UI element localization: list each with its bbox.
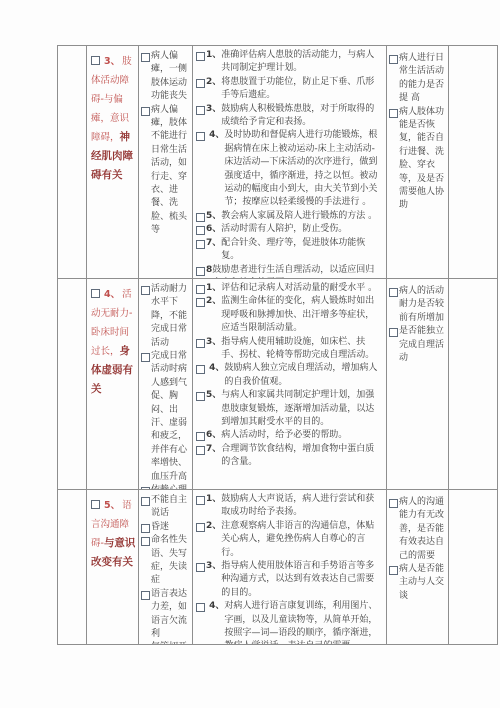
- item-number: 5、: [206, 389, 221, 402]
- item-text: 病人是否能主动与人交谈: [399, 563, 444, 603]
- item-text: 注意观察病人非语言的沟通信息，体贴关心病人，避免挫伤病人自尊心的言行。: [221, 520, 383, 560]
- checkbox-icon[interactable]: [196, 106, 205, 115]
- item-text: 病人进行日常生活活动的能力是否提 高: [399, 52, 444, 106]
- checklist-item: 命名性失语、失写症，失读症: [141, 534, 191, 588]
- item-number: 3、: [206, 336, 221, 349]
- item-text: 语言表达力差，如语言欠流利: [151, 588, 191, 642]
- item-text: 病人活动时，给予必要的帮助。: [221, 429, 383, 442]
- item-number: 1、: [206, 493, 221, 506]
- item-text: 及时协助和督促病人进行功能锻炼，根据病情在床上被动运动-床上主动活动-床边活动—…: [224, 129, 383, 209]
- checkbox-icon[interactable]: [389, 109, 398, 118]
- item-text: 昏迷: [151, 521, 191, 534]
- blank-cell: [448, 279, 497, 489]
- checkbox-icon[interactable]: [141, 524, 150, 533]
- item-text: 不能自主说话: [151, 494, 191, 521]
- item-text: 配合针灸、理疗等，促进肢体功能恢复。: [221, 237, 383, 264]
- care-plan-table: 3、肢体活动障碍-与偏瘫，意识障碍，神经肌肉障碍有关 病人偏瘫，一侧肢体运动功能…: [57, 45, 498, 645]
- diagnosis-cell: 5、语言沟通障碍-与意识改变有关: [86, 490, 138, 644]
- diagnosis-number: 4、: [104, 289, 120, 300]
- item-text: 教会病人家属及陪人进行锻炼的方法 。: [221, 210, 383, 223]
- checklist-item: 2、将患肢置于功能位，防止足下垂、爪形手等后遗症。: [196, 76, 383, 103]
- checklist-item: 5、与病人和家属共同制定护理计划，加强患肢康复锻炼，逐渐增加活动量，以达到增加其…: [196, 389, 383, 429]
- item-text: 依赖心理加重，对下床活动有畏惧情绪: [151, 484, 191, 489]
- item-text: 完成日常活动时病人感到气促、胸闷、出汗、虚弱和疲乏，并伴有心率增快、血压升高: [151, 350, 191, 484]
- item-text: 将患肢置于功能位，防止足下垂、爪形手等后遗症。: [221, 76, 383, 103]
- checkbox-icon[interactable]: [196, 523, 205, 532]
- checklist-item: 不能自主说话: [141, 494, 191, 521]
- item-text: 病人偏瘫，肢体不能进行日常生活活动，如行走、穿衣、进餐、洗脸、梳头等: [151, 104, 191, 238]
- checkbox-icon[interactable]: [141, 497, 150, 506]
- interventions-cell: 1、准确评估病人患肢的活动能力，与病人共同制定护理计划。2、将患肢置于功能位，防…: [192, 46, 386, 278]
- item-text: 监测生命体征的变化，病人锻炼时如出现呼吸和脉搏加快、出汗增多等症状，应适当限制活…: [221, 295, 383, 335]
- checklist-item: 1、准确评估病人患肢的活动能力，与病人共同制定护理计划。: [196, 49, 383, 76]
- item-text: 鼓励病人积极锻炼患肢，对于所取得的成绩给予肯定和表扬。: [221, 103, 383, 130]
- diagnosis-number: 3、: [104, 56, 120, 67]
- checklist-item: 气管切开或插管及方言等妨碍语言: [141, 641, 191, 644]
- checklist-item: 病人进行日常生活活动的能力是否提 高: [389, 52, 444, 106]
- diagnosis-text: 4、活动无耐力-卧床时间过长，身体虚弱有关: [91, 285, 136, 399]
- checklist-item: 3、鼓励病人积极锻炼患肢，对于所取得的成绩给予肯定和表扬。: [196, 103, 383, 130]
- table-row: 5、语言沟通障碍-与意识改变有关 不能自主说话昏迷命名性失语、失写症，失读症语言…: [58, 489, 497, 644]
- checkbox-icon[interactable]: [196, 365, 205, 374]
- item-text: 活动时需有人陪护，防止受伤。: [221, 223, 383, 236]
- evaluation-cell: 病人的活动耐力是否较前有所增加是否能独立完成自理活 动: [386, 279, 448, 489]
- item-text: 对病人进行语言康复训练，利用图片、字画，以及儿童读物等，从简单开始，按照字—词—…: [224, 600, 383, 644]
- checkbox-icon[interactable]: [196, 52, 205, 61]
- checklist-item: 6、病人活动时，给予必要的帮助。: [196, 429, 383, 442]
- item-text: 评估和记录病人对活动量的耐受水平 。: [221, 282, 383, 295]
- interventions-cell: 1、评估和记录病人对活动量的耐受水平 。2、监测生命体征的变化，病人锻炼时如出现…: [192, 279, 386, 489]
- checkbox-icon[interactable]: [141, 286, 150, 295]
- table-row: 3、肢体活动障碍-与偏瘫，意识障碍，神经肌肉障碍有关 病人偏瘫，一侧肢体运动功能…: [58, 46, 497, 278]
- checkbox-icon[interactable]: [196, 432, 205, 441]
- document-page: 3、肢体活动障碍-与偏瘫，意识障碍，神经肌肉障碍有关 病人偏瘫，一侧肢体运动功能…: [0, 0, 500, 708]
- checklist-item: 语言表达力差，如语言欠流利: [141, 588, 191, 642]
- item-number: 2、: [206, 520, 221, 533]
- item-text: 命名性失语、失写症，失读症: [151, 534, 191, 588]
- checklist-item: 1、评估和记录病人对活动量的耐受水平 。: [196, 282, 383, 295]
- checklist-item: 4、对病人进行语言康复训练，利用图片、字画，以及儿童读物等，从简单开始，按照字—…: [196, 600, 383, 644]
- item-number: 7、: [206, 443, 221, 456]
- item-text: 合理调节饮食结构，增加食物中蛋白质的含量。: [221, 443, 383, 470]
- item-number: 4、: [206, 129, 224, 142]
- checkbox-icon[interactable]: [141, 53, 150, 62]
- checkbox-icon[interactable]: [91, 56, 100, 65]
- checklist-item: 病人的活动耐力是否较前有所增加: [389, 285, 444, 325]
- evaluation-cell: 病人的沟通能力有无改善，是否能有效表达自己的需要病人是否能主动与人交谈: [386, 490, 448, 644]
- checklist-item: 3、指导病人使用辅助设施，如床栏、扶手、拐杖、轮椅等帮助完成自理活动。: [196, 336, 383, 363]
- checklist-item: 2、注意观察病人非语言的沟通信息，体贴关心病人，避免挫伤病人自尊心的言行。: [196, 520, 383, 560]
- item-text: 活动耐力水平下降，不能完成日常活动: [151, 283, 191, 350]
- item-text: 是否能独立完成自理活 动: [399, 325, 444, 365]
- item-text: 与病人和家属共同制定护理计划，加强患肢康复锻炼，逐渐增加活动量，以达到增加其耐受…: [221, 389, 383, 429]
- checklist-item: 4、鼓励病人独立完成自理活动，增加病人的自我价值观。: [196, 362, 383, 389]
- blank-cell: [448, 46, 497, 278]
- item-number: 2、: [206, 295, 221, 308]
- item-number: 1、: [206, 282, 221, 295]
- item-number: 3、: [206, 103, 221, 116]
- diagnosis-cell: 3、肢体活动障碍-与偏瘫，意识障碍，神经肌肉障碍有关: [86, 46, 138, 278]
- checkbox-icon[interactable]: [196, 285, 205, 294]
- checkbox-icon[interactable]: [196, 563, 205, 572]
- symptoms-cell: 病人偏瘫，一侧肢体运动功能丧失病人偏瘫，肢体不能进行日常生活活动，如行走、穿衣、…: [138, 46, 192, 278]
- checkbox-icon[interactable]: [196, 240, 205, 249]
- item-text: 鼓励病人独立完成自理活动，增加病人的自我价值观。: [224, 362, 383, 389]
- item-number: 6、: [206, 223, 221, 236]
- checklist-item: 依赖心理加重，对下床活动有畏惧情绪: [141, 484, 191, 489]
- checkbox-icon[interactable]: [141, 487, 150, 489]
- checkbox-icon[interactable]: [141, 107, 150, 116]
- checkbox-icon[interactable]: [91, 289, 100, 298]
- checklist-item: 昏迷: [141, 521, 191, 534]
- item-number: 6、: [206, 429, 221, 442]
- checkbox-icon[interactable]: [196, 213, 205, 222]
- checkbox-icon[interactable]: [196, 132, 205, 141]
- item-text: 病人的沟通能力有无改善，是否能有效表达自己的需要: [399, 496, 444, 563]
- checkbox-icon[interactable]: [141, 353, 150, 362]
- blank-cell: [58, 279, 86, 489]
- checkbox-icon[interactable]: [196, 226, 205, 235]
- item-text: 病人肢体功能是否恢复，能否自行进餐、洗脸、穿衣等，及是否需要他人协助: [399, 106, 444, 213]
- item-text: 指导病人使用肢体语言和手势语言等多种沟通方式，以达到有效表达自己需要的目的。: [221, 560, 383, 600]
- checklist-item: 活动耐力水平下降，不能完成日常活动: [141, 283, 191, 350]
- checklist-item: 病人是否能主动与人交谈: [389, 563, 444, 603]
- diagnosis-number: 5、: [104, 500, 120, 511]
- checkbox-icon[interactable]: [196, 267, 205, 276]
- checkbox-icon[interactable]: [389, 55, 398, 64]
- item-number: 1、: [206, 49, 221, 62]
- blank-cell: [58, 46, 86, 278]
- item-text: 病人的活动耐力是否较前有所增加: [399, 285, 444, 325]
- checkbox-icon[interactable]: [141, 537, 150, 546]
- checkbox-icon[interactable]: [91, 500, 100, 509]
- checklist-item: 3、指导病人使用肢体语言和手势语言等多种沟通方式，以达到有效表达自己需要的目的。: [196, 560, 383, 600]
- diagnosis-text: 5、语言沟通障碍-与意识改变有关: [91, 496, 136, 572]
- checkbox-icon[interactable]: [389, 499, 398, 508]
- checklist-item: 是否能独立完成自理活 动: [389, 325, 444, 365]
- item-text: 病人偏瘫，一侧肢体运动功能丧失: [151, 50, 191, 104]
- checklist-item: 病人偏瘫，肢体不能进行日常生活活动，如行走、穿衣、进餐、洗脸、梳头等: [141, 104, 191, 238]
- symptoms-cell: 不能自主说话昏迷命名性失语、失写症，失读症语言表达力差，如语言欠流利气管切开或插…: [138, 490, 192, 644]
- item-number: 3、: [206, 560, 221, 573]
- item-text: 鼓励患者进行生活自理活动，以适应回归家庭和社会的需要。: [212, 264, 383, 279]
- checkbox-icon[interactable]: [141, 591, 150, 600]
- diagnosis-text: 3、肢体活动障碍-与偏瘫，意识障碍，神经肌肉障碍有关: [91, 52, 136, 185]
- item-text: 气管切开或插管及方言等妨碍语言: [151, 641, 191, 644]
- item-number: 2、: [206, 76, 221, 89]
- checkbox-icon[interactable]: [196, 446, 205, 455]
- diagnosis-cell: 4、活动无耐力-卧床时间过长，身体虚弱有关: [86, 279, 138, 489]
- checkbox-icon[interactable]: [196, 496, 205, 505]
- checklist-item: 7、合理调节饮食结构，增加食物中蛋白质的含量。: [196, 443, 383, 470]
- checkbox-icon[interactable]: [196, 298, 205, 307]
- item-text: 准确评估病人患肢的活动能力，与病人共同制定护理计划。: [221, 49, 383, 76]
- evaluation-cell: 病人进行日常生活活动的能力是否提 高病人肢体功能是否恢复，能否自行进餐、洗脸、穿…: [386, 46, 448, 278]
- table-row: 4、活动无耐力-卧床时间过长，身体虚弱有关 活动耐力水平下降，不能完成日常活动完…: [58, 278, 497, 489]
- checklist-item: 6、活动时需有人陪护，防止受伤。: [196, 223, 383, 236]
- checkbox-icon[interactable]: [196, 339, 205, 348]
- checklist-item: 7、配合针灸、理疗等，促进肢体功能恢复。: [196, 237, 383, 264]
- checkbox-icon[interactable]: [389, 566, 398, 575]
- item-text: 鼓励病人大声说话，病人进行尝试和获取成功时给予表扬。: [221, 493, 383, 520]
- blank-cell: [448, 490, 497, 644]
- checklist-item: 病人偏瘫，一侧肢体运动功能丧失: [141, 50, 191, 104]
- diagnosis-label: 肢体活动障碍-与偏瘫，意识障碍，: [91, 56, 132, 143]
- item-number: 4、: [206, 600, 224, 613]
- item-number: 5、: [206, 210, 221, 223]
- checklist-item: 2、监测生命体征的变化，病人锻炼时如出现呼吸和脉搏加快、出汗增多等症状，应适当限…: [196, 295, 383, 335]
- interventions-cell: 1、鼓励病人大声说话，病人进行尝试和获取成功时给予表扬。2、注意观察病人非语言的…: [192, 490, 386, 644]
- checklist-item: 8鼓励患者进行生活自理活动，以适应回归家庭和社会的需要。: [196, 264, 383, 279]
- checklist-item: 完成日常活动时病人感到气促、胸闷、出汗、虚弱和疲乏，并伴有心率增快、血压升高: [141, 350, 191, 484]
- checkbox-icon[interactable]: [196, 392, 205, 401]
- item-text: 指导病人使用辅助设施，如床栏、扶手、拐杖、轮椅等帮助完成自理活动。: [221, 336, 383, 363]
- item-number: 4、: [206, 362, 224, 375]
- checkbox-icon[interactable]: [389, 288, 398, 297]
- checkbox-icon[interactable]: [196, 79, 205, 88]
- checklist-item: 4、及时协助和督促病人进行功能锻炼，根据病情在床上被动运动-床上主动活动-床边活…: [196, 129, 383, 209]
- checklist-item: 5、教会病人家属及陪人进行锻炼的方法 。: [196, 210, 383, 223]
- checkbox-icon[interactable]: [389, 328, 398, 337]
- checkbox-icon[interactable]: [196, 603, 205, 612]
- checklist-item: 病人肢体功能是否恢复，能否自行进餐、洗脸、穿衣等，及是否需要他人协助: [389, 106, 444, 213]
- symptoms-cell: 活动耐力水平下降，不能完成日常活动完成日常活动时病人感到气促、胸闷、出汗、虚弱和…: [138, 279, 192, 489]
- blank-cell: [58, 490, 86, 644]
- checklist-item: 病人的沟通能力有无改善，是否能有效表达自己的需要: [389, 496, 444, 563]
- item-number: 7、: [206, 237, 221, 250]
- checklist-item: 1、鼓励病人大声说话，病人进行尝试和获取成功时给予表扬。: [196, 493, 383, 520]
